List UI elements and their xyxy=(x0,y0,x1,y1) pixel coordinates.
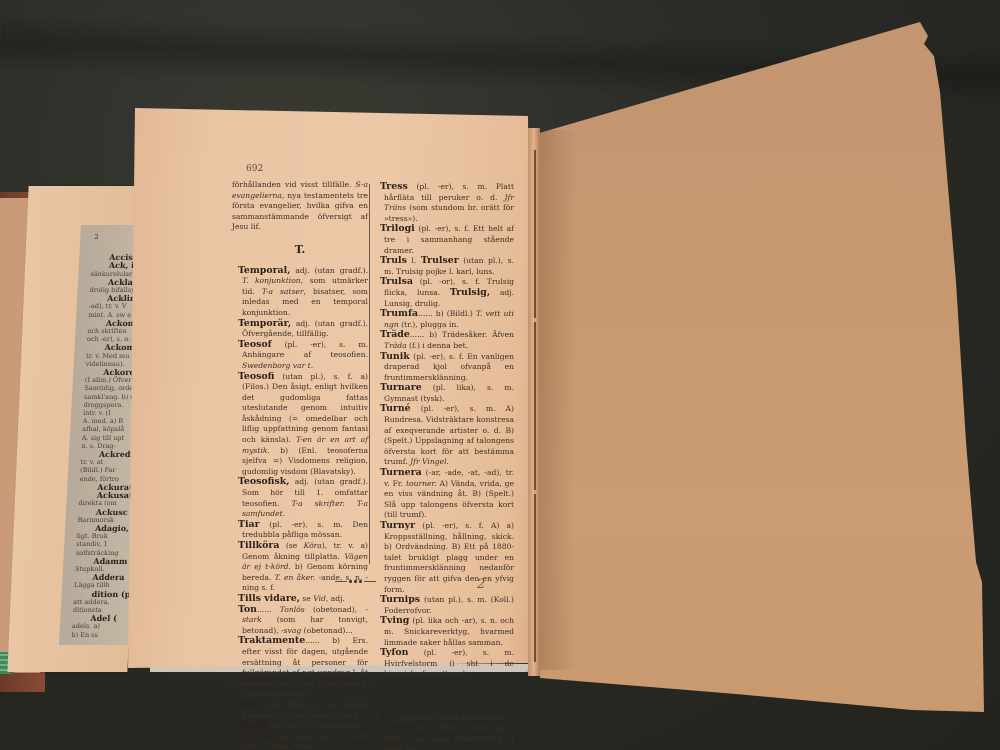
entry-text: (pl. xyxy=(412,723,434,732)
dictionary-column-left: förhållanden vid visst tillfälle. S-a ev… xyxy=(232,180,368,750)
headword: Turnips xyxy=(380,594,420,605)
dictionary-entry: Trilogi (pl. -er), s. f. Ett helt af tre… xyxy=(374,224,514,256)
dictionary-entry: Träde...... b) Trädesåker. Äfven Träda (… xyxy=(374,330,514,351)
entry-text: förhållanden vid visst tillfälle. xyxy=(232,180,355,189)
dictionary-entry: Trulsa (pl. -or), s. f. Trulsig flicka, … xyxy=(374,277,514,309)
headword: Tillköra xyxy=(238,540,279,551)
dictionary-entry: Trumfa...... b) (Bildl.) T. vett uti ngn… xyxy=(374,309,514,330)
headword: Ton xyxy=(238,604,257,615)
headword: Tunik xyxy=(380,351,410,362)
entry-text: (tr.), plugga in. xyxy=(399,320,459,329)
headword: Temporär, xyxy=(238,318,291,329)
dictionary-entry: Turnyr (pl. -er), s. f. A) a) Kroppsstäl… xyxy=(374,521,514,595)
headword: Turnera xyxy=(380,467,422,478)
dictionary-entry: Turnare (pl. lika), s. m. Gymnast (tysk)… xyxy=(374,383,514,404)
entry-text: ... Tjugonde första bokstafven... xyxy=(388,713,510,722)
right-page-shadow xyxy=(536,130,576,670)
entry-text: (obetonad), xyxy=(305,605,366,614)
entry-example: T-a satser xyxy=(262,287,304,296)
entry-text: (utan pl.), s. f. a) (Filos.) Den åsigt,… xyxy=(242,372,368,445)
entry-text: l. xyxy=(407,256,421,265)
headword: Teosofi xyxy=(238,371,274,382)
headword: Temporal, xyxy=(238,265,290,276)
dictionary-entry: Tillköra (se Köra), tr. v. a) Genom åkni… xyxy=(232,541,368,594)
dictionary-entry: Teosof (pl. -er), s. m. Anhängare af teo… xyxy=(232,340,368,372)
dictionary-entry: Tress (pl. -er), s. m. Platt hårfläta ti… xyxy=(374,182,514,224)
entry-example: ulstrar ; xyxy=(434,723,467,732)
entry-example: Trallbotten, -verk. xyxy=(292,711,362,720)
section-letter-t: T. xyxy=(232,245,368,256)
headword: Turnyr xyxy=(380,520,415,531)
entry-text: best. sg. xyxy=(468,723,512,732)
dictionary-entry: Temporal, adj. (utan gradf.). T. konjunk… xyxy=(232,266,368,319)
entries-list-u: U... Tjugonde första bokstafven...Ulster… xyxy=(374,713,514,750)
entry-text: se xyxy=(300,594,313,603)
entry-example: Köra xyxy=(304,541,322,550)
entry-example: T. konjunktion xyxy=(242,276,301,285)
headword: Traktamente xyxy=(238,635,305,646)
section-letter-u: U. xyxy=(374,692,514,703)
entry-example: Tonlös xyxy=(280,605,305,614)
entry-text: (pl. -or), s. f. Skjutvagn. xyxy=(269,721,362,730)
right-page-blank xyxy=(536,22,986,722)
entry-example: Dagtraktamente. xyxy=(242,689,307,698)
entry-example: -svag xyxy=(281,626,301,635)
entry-text: ), s. m. Lång resöfverrock af groft tyg. xyxy=(384,734,514,750)
headword: Trilogi xyxy=(380,223,415,234)
entry-example: T. en åker. xyxy=(274,573,315,582)
column-divider xyxy=(369,184,370,564)
headword: Trumfa xyxy=(380,308,418,319)
entries-list: Temporal, adj. (utan gradf.). T. konjunk… xyxy=(232,266,368,750)
dictionary-entry: Truls l. Trulser (utan pl.), s. m. Truls… xyxy=(374,256,514,277)
headword: Teosofisk, xyxy=(238,476,290,487)
headword: Ulster xyxy=(380,722,412,733)
page-end-ornament xyxy=(333,580,377,583)
headword: Träde xyxy=(380,329,410,340)
dictionary-entry: Ulster (pl. ulstrar ; best. sg. -ern), s… xyxy=(374,723,514,750)
entry-text: adj. (utan gradf.). xyxy=(290,266,368,275)
dictionary-entry: Tunik (pl. -er), s. f. En vanligen drape… xyxy=(374,352,514,384)
dictionary-entry: Trall (pl. lika), s. n. (Sjöv.) Trågalle… xyxy=(232,700,368,721)
dictionary-entry: Temporär, adj. (utan gradf.). Öfvergåend… xyxy=(232,319,368,340)
binding-thread xyxy=(534,150,536,318)
entry-text: (pl. -er), s. f. A) a) Kroppsställning, … xyxy=(384,521,514,594)
entry-example: Vid xyxy=(313,594,326,603)
headword: Trulsa xyxy=(380,276,413,287)
dictionary-entry: Tiar (pl. -er), s. m. Den tredubbla påfl… xyxy=(232,520,368,541)
page-number: 692 xyxy=(246,164,263,174)
entry-text: (se xyxy=(279,541,303,550)
headword: Tills vidare, xyxy=(238,593,300,604)
handwritten-mark: 2 xyxy=(477,577,485,592)
entry-example: Swedenborg var t. xyxy=(242,361,313,370)
headword: Teosof xyxy=(238,339,272,350)
entry-example: Jfr Vingel. xyxy=(410,457,449,466)
dictionary-column-right: Tress (pl. -er), s. m. Platt hårfläta ti… xyxy=(374,182,514,750)
entry-example: tourner. xyxy=(406,479,437,488)
entry-text: , adj. xyxy=(326,594,345,603)
entries-list: Tress (pl. -er), s. m. Platt hårfläta ti… xyxy=(374,182,514,680)
headword: Tyfon xyxy=(380,647,409,658)
headword: Trulsig, xyxy=(450,287,490,298)
entry-text: ...... b) (Bildl.) xyxy=(418,309,476,318)
headword: Tress xyxy=(380,181,408,192)
dictionary-entry: Tving (pl. lika och -ar), s. n. och m. S… xyxy=(374,616,514,648)
binding-thread xyxy=(534,494,536,662)
dictionary-entry: Teosofi (utan pl.), s. f. a) (Filos.) De… xyxy=(232,372,368,478)
entry-text: (f.) i denna bet. xyxy=(407,341,468,350)
entry-continuation: förhållanden vid visst tillfälle. S-a ev… xyxy=(232,180,368,233)
headword: Trall xyxy=(238,699,262,710)
entry-example: Träda xyxy=(384,341,407,350)
headword: Tralla xyxy=(238,720,269,731)
headword: Tiar xyxy=(238,519,260,530)
headword: Truls xyxy=(380,255,407,266)
entry-text: ...... xyxy=(257,605,280,614)
headword: Turnare xyxy=(380,382,422,393)
dictionary-entry: Traktamente...... b) Ers. efter visst fö… xyxy=(232,636,368,700)
dictionary-entry: Turnips (utan pl.), s. m. (Koll.) Foderr… xyxy=(374,595,514,616)
entry-text: (obetonad)... xyxy=(301,626,352,635)
dictionary-entry: Teosofisk, adj. (utan gradf.). Som hör t… xyxy=(232,477,368,519)
headword: Trulser xyxy=(421,255,459,266)
entry-text: ...... b) Trädesåker. Äfven xyxy=(410,330,514,339)
binding-thread xyxy=(534,322,536,490)
dictionary-entry: Tralla (-ar, -ade, -at), tr. och intr. v… xyxy=(232,732,368,750)
headword: Turné xyxy=(380,403,411,414)
headword: Tralla xyxy=(238,731,269,742)
headword: Tving xyxy=(380,615,409,626)
headword: U xyxy=(380,712,388,723)
dictionary-entry: Tyfon (pl. -er), s. m. Hvirfvelstorm (i … xyxy=(374,648,514,680)
dictionary-entry: Turné (pl. -er), s. m. A) Rundresa. Vids… xyxy=(374,404,514,468)
dictionary-entry: Ton...... Tonlös (obetonad), -stark (som… xyxy=(232,605,368,637)
dictionary-entry: Turnera (-ar, -ade, -at, -ad), tr. v. Fr… xyxy=(374,468,514,521)
entry-text: (pl. -er), s. m. Den tredubbla påfliga m… xyxy=(242,520,368,540)
